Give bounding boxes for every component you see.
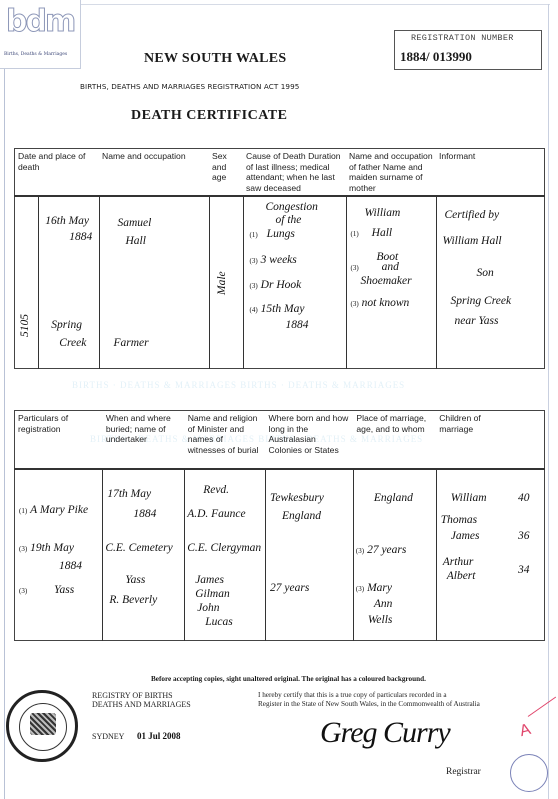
page-frame-left: [4, 68, 5, 799]
table-row: (1)A Mary Pike (3)19th May 1884 (3)Yass …: [15, 469, 545, 641]
date-of-death-line2: 1884: [69, 231, 92, 244]
registrar-number: (1): [19, 507, 27, 515]
burial-year: 1884: [133, 508, 156, 521]
spouse-surname: Wells: [368, 614, 393, 627]
logo-caption: Births, Deaths & Marriages: [4, 52, 67, 57]
issue-city: SYDNEY: [92, 732, 124, 741]
circle-stamp-icon: [510, 754, 548, 792]
registrar-signature: Greg Curry: [320, 716, 450, 750]
death-details-table: Date and place of death Name and occupat…: [14, 148, 545, 369]
mother-number: (3): [351, 300, 359, 308]
registrar-label: Registrar: [446, 767, 481, 777]
minister-religion: C.E. Clergyman: [187, 542, 261, 555]
father-occupation-line2: and: [382, 261, 399, 273]
deceased-occupation: Farmer: [114, 337, 149, 350]
date-place-cell: 16th May 1884 Spring Creek: [39, 196, 99, 368]
page-frame-top: [80, 4, 550, 5]
registration-number: 1884/ 013990: [400, 49, 472, 65]
deceased-first-name: Samuel: [118, 217, 152, 230]
header-registration: Particulars of registration: [15, 411, 103, 469]
registration-cell: (1)A Mary Pike (3)19th May 1884 (3)Yass: [15, 469, 103, 641]
cause-line3: Lungs: [267, 228, 295, 240]
margin-number-cell: 5105: [15, 196, 39, 368]
sex-age-value: Male: [216, 272, 229, 296]
table-row: 5105 16th May 1884 Spring Creek Samuel H…: [15, 196, 545, 368]
issue-date: 01 Jul 2008: [137, 731, 181, 741]
birthplace-cell: Tewkesbury England 27 years: [266, 469, 354, 641]
cause-number-1: (1): [250, 231, 258, 239]
informant-line5: near Yass: [455, 315, 499, 328]
minister-title: Revd.: [203, 484, 229, 497]
header-informant: Informant: [436, 149, 545, 197]
certify-line2: Register in the State of New South Wales…: [258, 700, 480, 709]
registered-year: 1884: [59, 560, 82, 573]
margin-number: 5105: [19, 314, 32, 337]
header-minister: Name and religion of Minister and names …: [185, 411, 266, 469]
name-occupation-cell: Samuel Hall Farmer: [99, 196, 209, 368]
registry-line1: REGISTRY OF BIRTHS: [92, 691, 191, 700]
medical-attendant: Dr Hook: [261, 279, 302, 291]
registry-line2: DEATHS AND MARRIAGES: [92, 700, 191, 709]
child-age-3: 34: [518, 564, 530, 577]
marriage-age: 27 years: [367, 544, 406, 556]
header-date-place: Date and place of death: [15, 149, 100, 197]
witness1-first: James: [195, 574, 224, 587]
child-name-1: William: [451, 492, 487, 505]
informant-line4: Spring Creek: [451, 295, 512, 308]
registration-number-label: REGISTRATION NUMBER: [411, 33, 514, 43]
header-birthplace: Where born and how long in the Australas…: [266, 411, 354, 469]
informant-line3: Son: [477, 267, 494, 280]
father-mother-cell: William (1)Hall Boot (3)and Shoemaker (3…: [346, 196, 436, 368]
registered-place: Yass: [54, 584, 74, 596]
header-cause: Cause of Death Duration of last illness;…: [243, 149, 346, 197]
certify-line1: I hereby certify that this is a true cop…: [258, 691, 480, 700]
last-seen-date: 15th May: [261, 303, 305, 315]
marriage-age-number: (3): [356, 547, 364, 555]
birthplace-town: Tewkesbury: [270, 492, 324, 505]
child-age-1: 40: [518, 492, 530, 505]
father-first-name: William: [365, 207, 401, 220]
years-in-colonies: 27 years: [270, 582, 309, 595]
burial-place: C.E. Cemetery: [105, 542, 172, 555]
authenticity-notice: Before accepting copies, sight unaltered…: [151, 675, 426, 683]
registered-place-number: (3): [19, 587, 27, 595]
table-header-row: Date and place of death Name and occupat…: [15, 149, 545, 197]
spouse-middle-name: Ann: [374, 598, 393, 611]
sex-age-cell: Male: [209, 196, 243, 368]
date-of-death-line1: 16th May: [45, 215, 89, 228]
state-title: NEW SOUTH WALES: [144, 51, 286, 67]
children-ages-cell: 40 36 34: [518, 469, 544, 641]
header-father-mother: Name and occupation of father Name and m…: [346, 149, 436, 197]
security-watermark: BIRTHS · DEATHS & MARRIAGES BIRTHS · DEA…: [72, 380, 472, 390]
marriage-place: England: [374, 492, 413, 505]
registry-name: REGISTRY OF BIRTHS DEATHS AND MARRIAGES: [92, 691, 191, 709]
illness-duration: 3 weeks: [261, 254, 297, 266]
father-occupation-number: (3): [351, 264, 359, 272]
father-number: (1): [351, 230, 359, 238]
certification-statement: I hereby certify that this is a true cop…: [258, 691, 480, 709]
witness1-last: Gilman: [195, 588, 230, 601]
cause-line1: Congestion: [266, 201, 318, 214]
minister-name: A.D. Faunce: [187, 508, 245, 521]
registered-date: 19th May: [30, 542, 74, 554]
witness2-last: Lucas: [205, 616, 232, 629]
pen-mark-icon: A: [518, 721, 533, 741]
burial-town: Yass: [125, 574, 145, 587]
child-name-4: Arthur: [443, 556, 474, 569]
registered-date-number: (3): [19, 545, 27, 553]
cause-number-3b: (3): [250, 282, 258, 290]
cause-line2: of the: [276, 214, 302, 227]
informant-cell: Certified by William Hall Son Spring Cre…: [436, 196, 545, 368]
cause-cell: Congestion of the (1)Lungs (3)3 weeks (3…: [243, 196, 346, 368]
cause-number-4: (4): [250, 306, 258, 314]
minister-cell: Revd. A.D. Faunce C.E. Clergyman James G…: [185, 469, 266, 641]
informant-line2: William Hall: [443, 235, 502, 248]
child-name-2: Thomas: [441, 514, 477, 527]
table-header-row: Particulars of registration When and whe…: [15, 411, 545, 469]
mother-name: not known: [362, 297, 410, 309]
burial-date: 17th May: [107, 488, 151, 501]
registrar-name: A Mary Pike: [30, 504, 88, 516]
burial-cell: 17th May 1884 C.E. Cemetery Yass R. Beve…: [103, 469, 185, 641]
father-surname: Hall: [372, 227, 392, 239]
spouse-number: (3): [356, 585, 364, 593]
children-cell: William Thomas James Arthur Albert: [436, 469, 518, 641]
page-frame-right: [548, 4, 549, 799]
logo-letters: bdm: [6, 4, 74, 39]
child-name-3: James: [451, 530, 480, 543]
registry-seal: [6, 690, 78, 762]
header-sex-age: Sex and age: [209, 149, 243, 197]
witness2-first: John: [197, 602, 219, 615]
spouse-first-name: Mary: [367, 582, 392, 594]
child-name-5: Albert: [447, 570, 476, 583]
header-name-occupation: Name and occupation: [99, 149, 209, 197]
header-burial: When and where buried; name of undertake…: [103, 411, 185, 469]
birthplace-country: England: [282, 510, 321, 523]
registration-details-table: Particulars of registration When and whe…: [14, 410, 545, 641]
act-title: BIRTHS, DEATHS AND MARRIAGES REGISTRATIO…: [80, 82, 299, 91]
undertaker: R. Beverly: [109, 594, 157, 607]
certificate-title: DEATH CERTIFICATE: [131, 108, 287, 124]
last-seen-year: 1884: [286, 319, 309, 332]
header-children-ages: [518, 411, 544, 469]
bdm-logo: bdm Births, Deaths & Marriages: [0, 0, 81, 69]
header-children: Children of marriage: [436, 411, 518, 469]
coat-of-arms-icon: [30, 713, 56, 735]
father-occupation-line3: Shoemaker: [361, 275, 412, 288]
deceased-surname: Hall: [126, 235, 146, 248]
marriage-cell: England (3)27 years (3)Mary Ann Wells: [353, 469, 436, 641]
informant-line1: Certified by: [445, 209, 500, 222]
cause-number-3a: (3): [250, 257, 258, 265]
place-of-death-line1: Spring: [51, 319, 82, 332]
registration-number-box: REGISTRATION NUMBER 1884/ 013990: [394, 30, 542, 70]
child-age-2: 36: [518, 530, 530, 543]
pen-mark-line: [528, 697, 556, 717]
header-marriage: Place of marriage, age, and to whom: [353, 411, 436, 469]
place-of-death-line2: Creek: [59, 337, 86, 350]
